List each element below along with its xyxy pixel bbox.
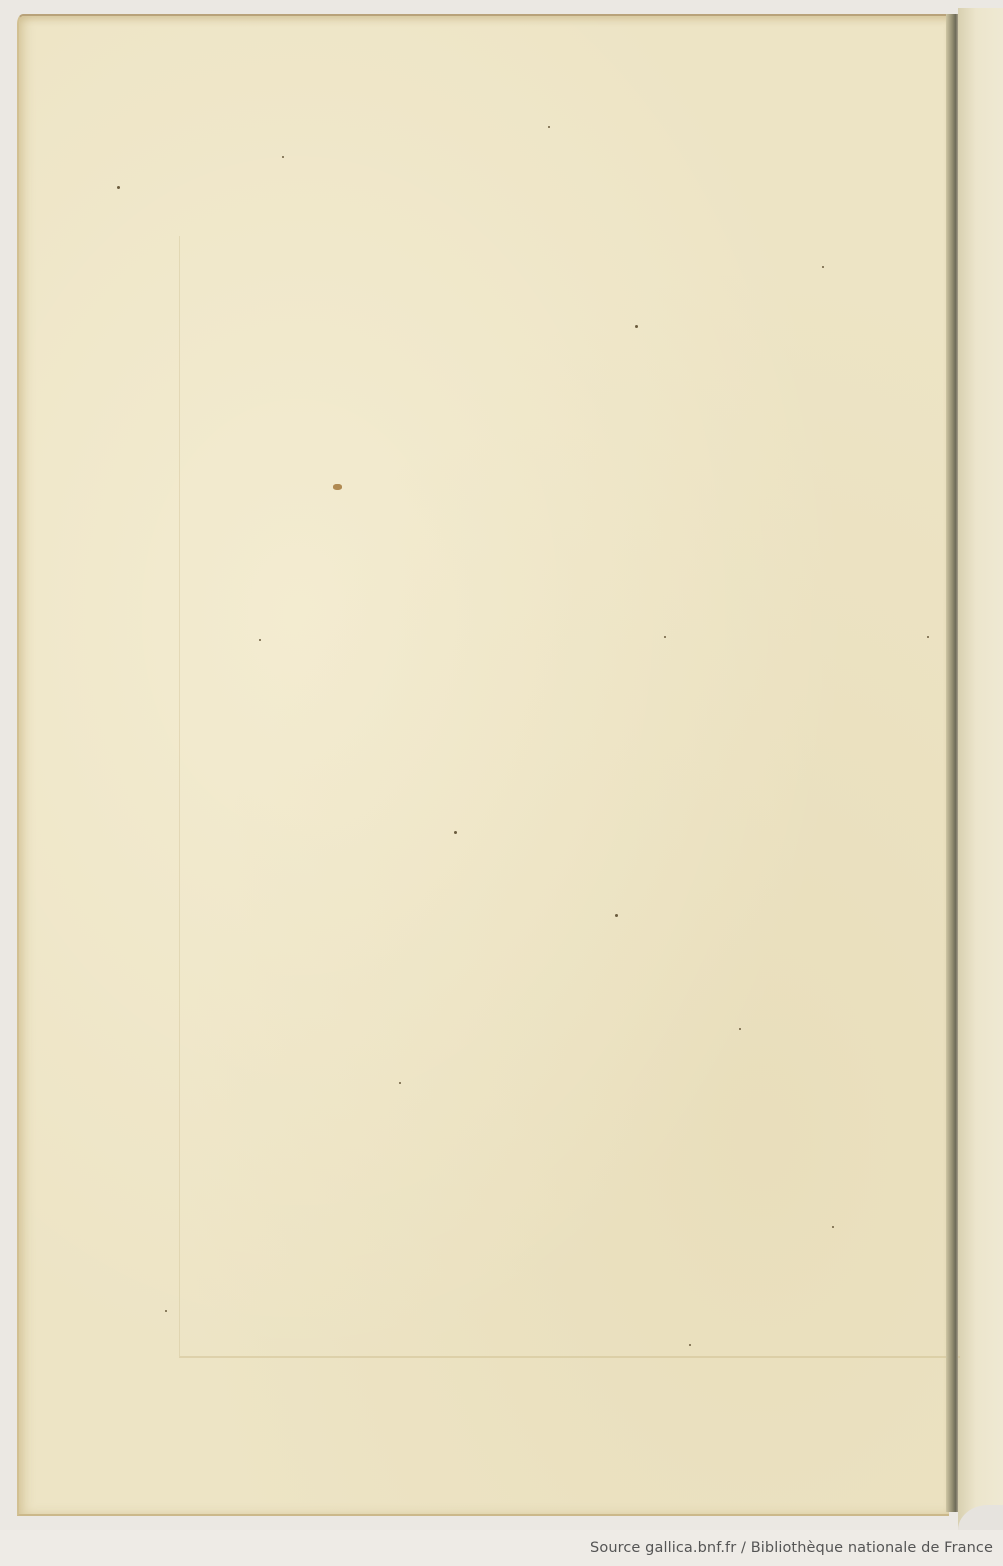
plate-mark <box>179 236 960 1358</box>
paper-speck <box>548 126 550 128</box>
facing-page-edge <box>958 8 1003 1530</box>
paper-speck <box>664 636 666 638</box>
paper-speck <box>739 1028 741 1030</box>
paper-speck <box>165 1310 167 1312</box>
paper-speck <box>399 1082 401 1084</box>
book-gutter <box>946 14 958 1512</box>
paper-speck <box>927 636 929 638</box>
blank-book-page <box>17 14 949 1516</box>
paper-speck <box>832 1226 834 1228</box>
scan-area <box>0 0 1003 1530</box>
paper-speck <box>615 914 618 917</box>
paper-speck <box>635 325 638 328</box>
paper-speck <box>117 186 120 189</box>
paper-speck <box>689 1344 691 1346</box>
paper-speck <box>282 156 284 158</box>
source-credit: Source gallica.bnf.fr / Bibliothèque nat… <box>590 1540 993 1556</box>
paper-speck <box>454 831 457 834</box>
paper-speck <box>822 266 824 268</box>
paper-stain <box>333 484 342 490</box>
paper-speck <box>259 639 261 641</box>
